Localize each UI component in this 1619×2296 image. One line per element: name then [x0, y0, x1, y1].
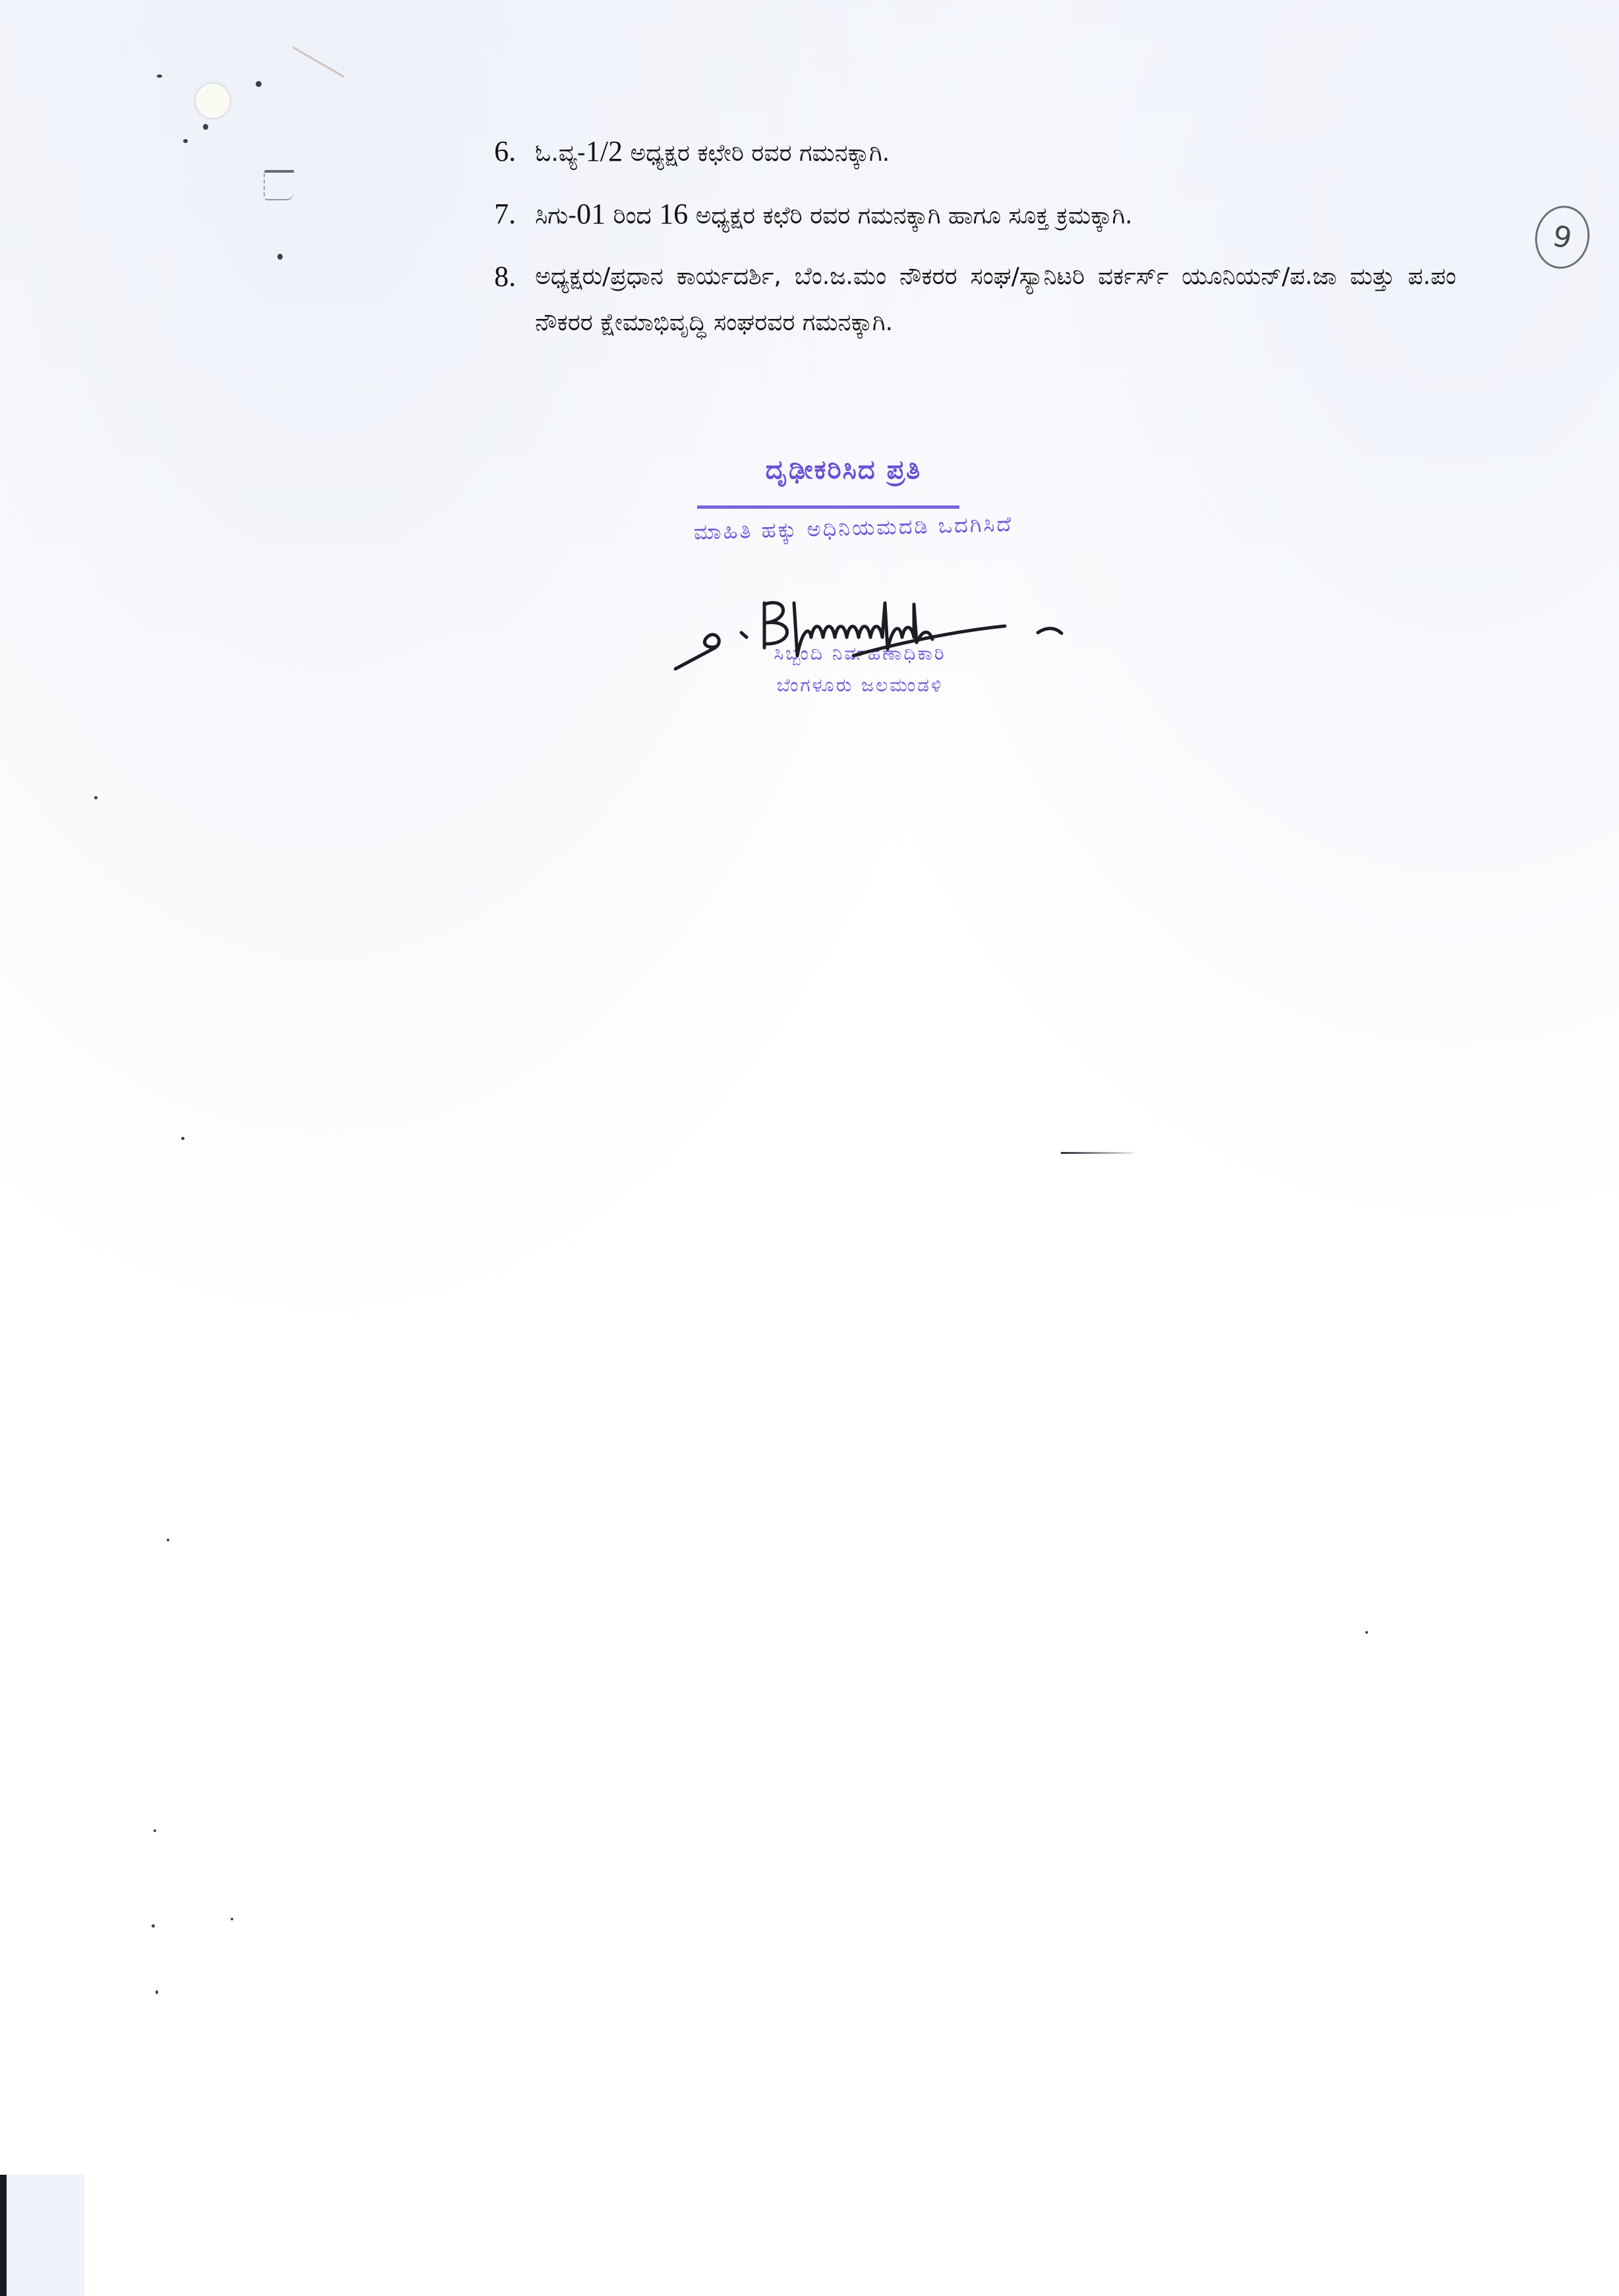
text-fragment: ಅಧ್ಯಕ್ಷರ ಕಛೆರಿ ರವರ ಗಮನಕ್ಕಾಗಿ ಹಾಗೂ ಸೂಕ್ತ … [688, 202, 1133, 229]
speck [231, 1918, 233, 1920]
text-fragment: ಸಿಗು- [535, 202, 577, 229]
speck [1365, 1631, 1368, 1634]
list-item: 6. ಓ.ವ್ಯ-1/2 ಅಧ್ಯಕ್ಷರ ಕಛೇರಿ ರವರ ಗಮನಕ್ಕಾಗ… [494, 129, 1456, 177]
signatory-organization: ಬೆಂಗಳೂರು ಜಲಮಂಡಳಿ [718, 674, 1002, 697]
text-fragment: 16 [659, 198, 688, 230]
list-item-number: 6. [494, 129, 535, 177]
punch-hole-icon [196, 84, 230, 118]
scan-mark [1061, 1152, 1133, 1154]
text-fragment: ರಿಂದ [606, 202, 659, 229]
speck [94, 796, 98, 799]
speck [154, 1829, 156, 1832]
text-fragment: 01 [577, 198, 606, 230]
scan-margin-strip [7, 2175, 84, 2296]
attestation-stamp-subtitle: ಮಾಹಿತಿ ಹಕ್ಕು ಅಧಿನಿಯಮದಡಿ ಒದಗಿಸಿದೆ [623, 509, 1085, 547]
distribution-list: 6. ಓ.ವ್ಯ-1/2 ಅಧ್ಯಕ್ಷರ ಕಛೇರಿ ರವರ ಗಮನಕ್ಕಾಗ… [494, 129, 1456, 360]
list-item-text: ಸಿಗು-01 ರಿಂದ 16 ಅಧ್ಯಕ್ಷರ ಕಛೆರಿ ರವರ ಗಮನಕ್… [535, 191, 1456, 239]
signature-icon [662, 590, 1071, 675]
stamp-underline [697, 505, 959, 509]
text-fragment: 1/2 [586, 135, 623, 167]
scanned-page: 6. ಓ.ವ್ಯ-1/2 ಅಧ್ಯಕ್ಷರ ಕಛೇರಿ ರವರ ಗಮನಕ್ಕಾಗ… [0, 0, 1619, 2296]
speck [156, 1990, 158, 1994]
speck [167, 1539, 169, 1541]
list-item-text: ಓ.ವ್ಯ-1/2 ಅಧ್ಯಕ್ಷರ ಕಛೇರಿ ರವರ ಗಮನಕ್ಕಾಗಿ. [535, 129, 1456, 177]
list-item-number: 8. [494, 254, 535, 346]
speck [183, 139, 188, 143]
speck [181, 1137, 185, 1140]
list-item-text: ಅಧ್ಯಕ್ಷರು/ಪ್ರಧಾನ ಕಾರ್ಯದರ್ಶಿ, ಬೆಂ.ಜ.ಮಂ ನೌ… [535, 254, 1456, 346]
handwritten-page-number: 9 [1529, 201, 1595, 274]
speck [203, 124, 208, 130]
list-item-number: 7. [494, 191, 535, 239]
scan-edge-shadow [0, 2175, 7, 2296]
page-number-text: 9 [1550, 219, 1575, 256]
text-fragment: ಅಧ್ಯಕ್ಷರ ಕಛೇರಿ ರವರ ಗಮನಕ್ಕಾಗಿ. [623, 140, 890, 167]
list-item: 8. ಅಧ್ಯಕ್ಷರು/ಪ್ರಧಾನ ಕಾರ್ಯದರ್ಶಿ, ಬೆಂ.ಜ.ಮಂ… [494, 254, 1456, 346]
attestation-stamp-title: ದೃಢೀಕರಿಸಿದ ಪ್ರತಿ [705, 455, 982, 485]
speck [157, 74, 162, 78]
speck [277, 254, 283, 260]
text-fragment: ಓ.ವ್ಯ- [535, 140, 586, 167]
list-item: 7. ಸಿಗು-01 ರಿಂದ 16 ಅಧ್ಯಕ್ಷರ ಕಛೆರಿ ರವರ ಗಮ… [494, 191, 1456, 239]
scratch-mark [292, 46, 344, 78]
speck [152, 1924, 155, 1928]
staple-mark-icon [264, 170, 294, 200]
speck [256, 81, 262, 87]
